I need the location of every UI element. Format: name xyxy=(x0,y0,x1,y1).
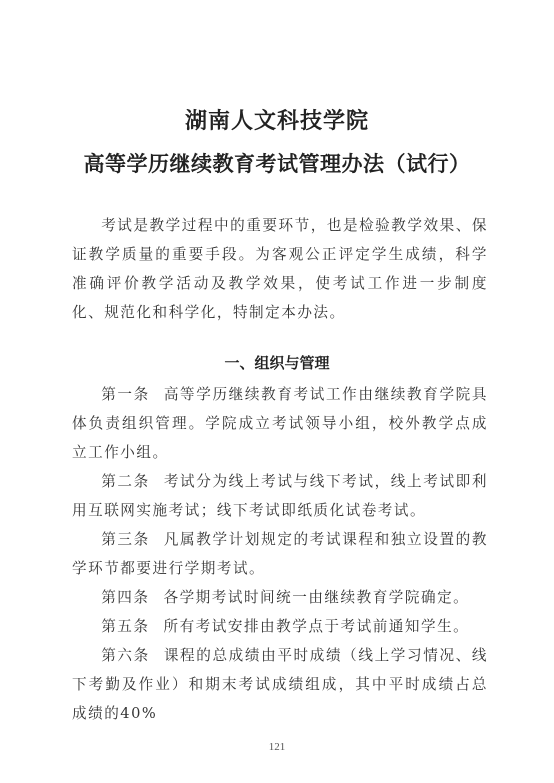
preamble: 考试是教学过程中的重要环节，也是检验教学效果、保证教学质量的重要手段。为客观公正… xyxy=(72,211,488,327)
article-label: 第三条 xyxy=(101,531,150,548)
article-label: 第五条 xyxy=(101,618,149,635)
preamble-paragraph: 考试是教学过程中的重要环节，也是检验教学效果、保证教学质量的重要手段。为客观公正… xyxy=(72,211,488,327)
article-label: 第一条 xyxy=(101,386,150,403)
article-4: 第四条各学期考试时间统一由继续教育学院确定。 xyxy=(72,583,488,612)
article-label: 第四条 xyxy=(101,589,149,606)
article-6: 第六条课程的总成绩由平时成绩（线上学习情况、线下考勤及作业）和期末考试成绩组成，… xyxy=(72,641,488,728)
page-number: 121 xyxy=(0,741,554,753)
article-label: 第二条 xyxy=(101,473,150,490)
article-label: 第六条 xyxy=(101,647,150,664)
article-text: 所有考试安排由教学点于考试前通知学生。 xyxy=(163,618,469,635)
article-3: 第三条凡属教学计划规定的考试课程和独立设置的教学环节都要进行学期考试。 xyxy=(72,525,488,583)
section-heading: 一、组织与管理 xyxy=(0,352,554,373)
article-1: 第一条高等学历继续教育考试工作由继续教育学院具体负责组织管理。学院成立考试领导小… xyxy=(72,380,488,467)
article-text: 各学期考试时间统一由继续教育学院确定。 xyxy=(163,589,469,606)
article-5: 第五条所有考试安排由教学点于考试前通知学生。 xyxy=(72,612,488,641)
articles-list: 第一条高等学历继续教育考试工作由继续教育学院具体负责组织管理。学院成立考试领导小… xyxy=(72,380,488,728)
document-title: 湖南人文科技学院 xyxy=(0,104,554,135)
article-2: 第二条考试分为线上考试与线下考试，线上考试即利用互联网实施考试；线下考试即纸质化… xyxy=(72,467,488,525)
document-page: 湖南人文科技学院 高等学历继续教育考试管理办法（试行） 考试是教学过程中的重要环… xyxy=(0,0,554,783)
document-subtitle: 高等学历继续教育考试管理办法（试行） xyxy=(0,148,554,178)
